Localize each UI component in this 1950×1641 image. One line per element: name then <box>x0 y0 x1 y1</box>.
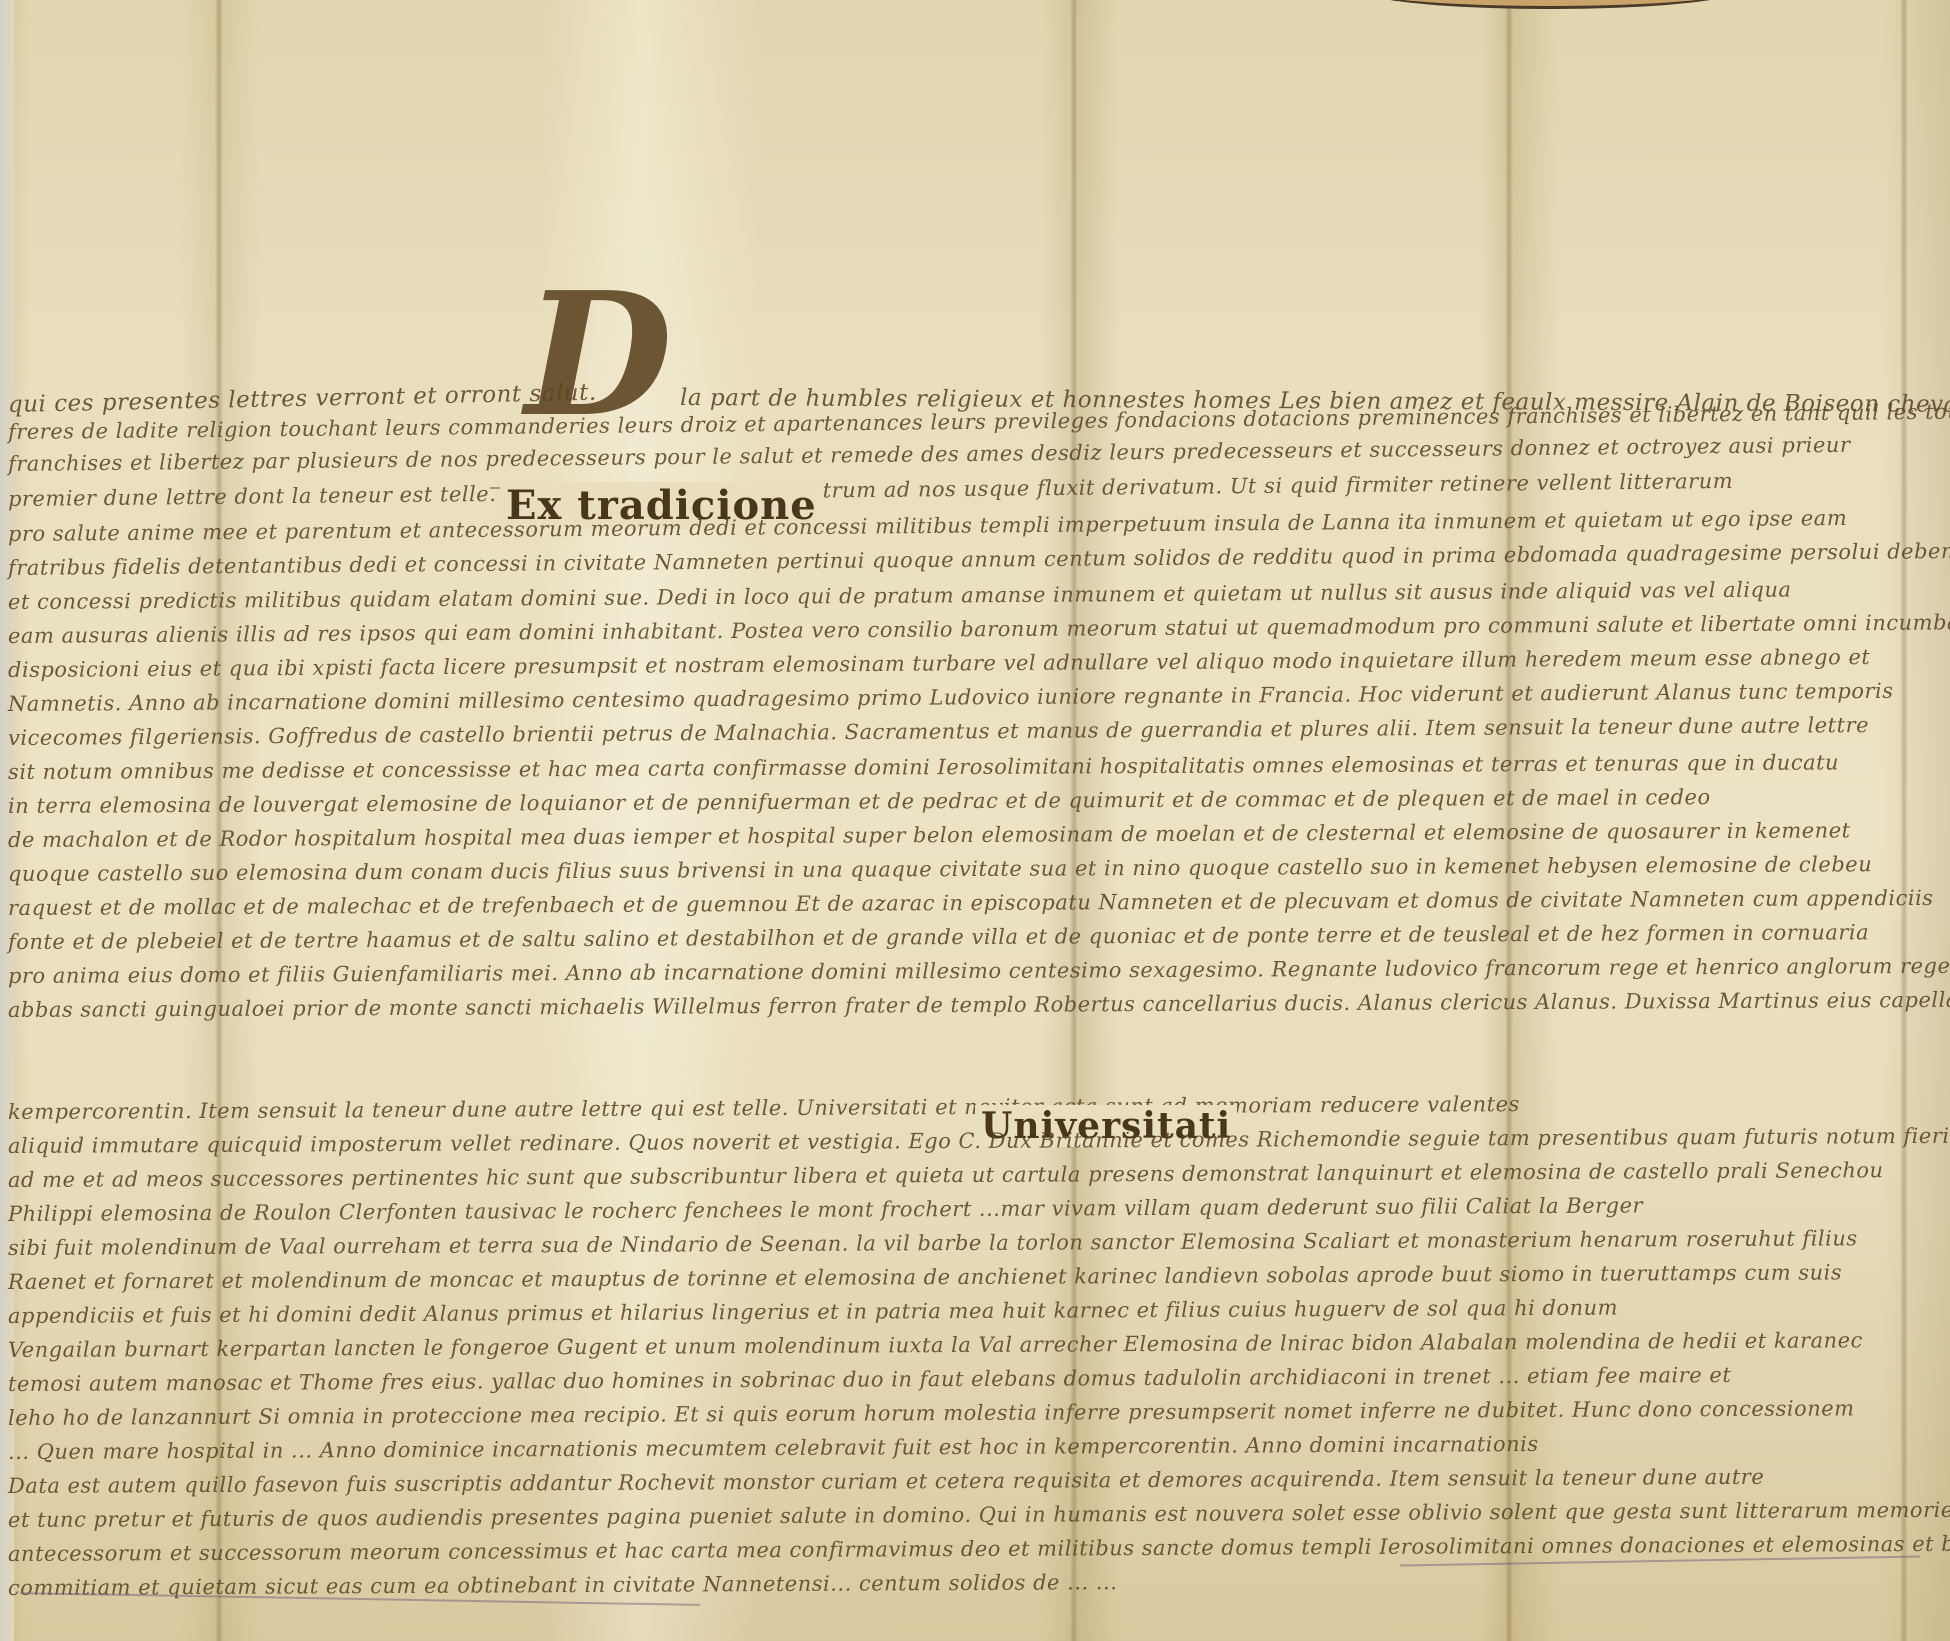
text-line: et concessi predictis militibus quidam e… <box>8 578 1792 614</box>
text-line: sit notum omnibus me dedisse et concessi… <box>8 750 1839 784</box>
text-line: Namnetis. Anno ab incarnatione domini mi… <box>8 679 1894 716</box>
charter-text: D qui ces presentes lettres verront et o… <box>0 0 1950 1641</box>
text-line: eam ausuras alienis illis ad res ipsos q… <box>8 610 1950 648</box>
text-line: pro salute anime mee et parentum et ante… <box>8 506 1847 546</box>
text-line: appendiciis et fuis et hi domini dedit A… <box>8 1296 1618 1328</box>
text-line: raquest et de mollac et de malechac et d… <box>8 886 1934 920</box>
text-line: fonte et de plebeiel et de tertre haamus… <box>8 920 1869 954</box>
text-line: Philippi elemosina de Roulon Clerfonten … <box>8 1193 1643 1226</box>
text-line: temosi autem manosac et Thome fres eius.… <box>8 1363 1731 1396</box>
text-line: sibi fuit molendinum de Vaal ourreham et… <box>8 1226 1858 1260</box>
text-line: Vengailan burnart kerpartan lancten le f… <box>8 1328 1863 1362</box>
text-line: in terra elemosina de louvergat elemosin… <box>8 785 1711 818</box>
text-line: premier dune lettre dont la teneur est t… <box>8 469 1733 511</box>
text-line: aliquid immutare quicquid imposterum vel… <box>8 1124 1950 1158</box>
text-line: pro anima eius domo et filiis Guienfamil… <box>8 954 1950 988</box>
text-line: leho ho de lanzannurt Si omnia in protec… <box>8 1396 1855 1430</box>
text-line: disposicioni eius et qua ibi xpisti fact… <box>8 645 1870 682</box>
text-line: de machalon et de Rodor hospitalum hospi… <box>8 818 1851 852</box>
text-line: Raenet et fornaret et molendinum de monc… <box>8 1260 1842 1294</box>
text-line: qui ces presentes lettres verront et orr… <box>8 380 597 418</box>
text-line: abbas sancti guingualoei prior de monte … <box>8 988 1950 1022</box>
text-line: fratribus fidelis detentantibus dedi et … <box>8 539 1950 580</box>
text-line: vicecomes filgeriensis. Goffredus de cas… <box>8 713 1869 750</box>
text-line: Data est autem quillo fasevon fuis suscr… <box>8 1465 1764 1498</box>
text-line: ... Quen mare hospital in ... Anno domin… <box>8 1432 1539 1464</box>
text-line: et tunc pretur et futuris de quos audien… <box>8 1498 1950 1532</box>
text-line: ad me et ad meos successores pertinentes… <box>8 1158 1884 1192</box>
text-line: quoque castello suo elemosina dum conam … <box>8 852 1872 886</box>
text-line: kempercorentin. Item sensuit la teneur d… <box>8 1092 1520 1124</box>
